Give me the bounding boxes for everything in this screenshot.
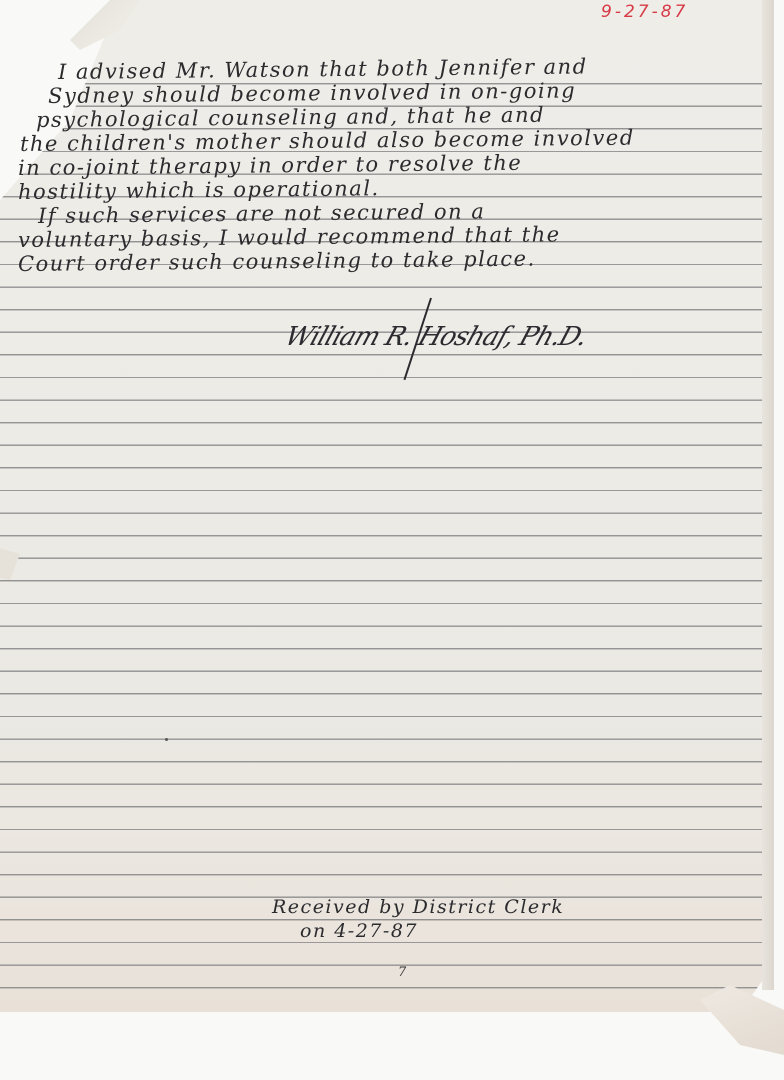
- scanned-document: 9-27-87 I advised Mr. Watson that both J…: [0, 0, 784, 1080]
- ink-dot: [165, 738, 168, 741]
- page-mark: 7: [398, 965, 406, 980]
- signature: William R. Hoshaf, Ph.D.: [281, 322, 591, 352]
- received-note-line1: Received by District Clerk: [272, 896, 564, 918]
- received-note-line2: on 4-27-87: [300, 920, 418, 942]
- paper-edge: [762, 0, 774, 990]
- date-stamp: 9-27-87: [601, 2, 688, 22]
- torn-corner: [700, 985, 784, 1055]
- body-line-6: hostility which is operational.: [18, 176, 380, 204]
